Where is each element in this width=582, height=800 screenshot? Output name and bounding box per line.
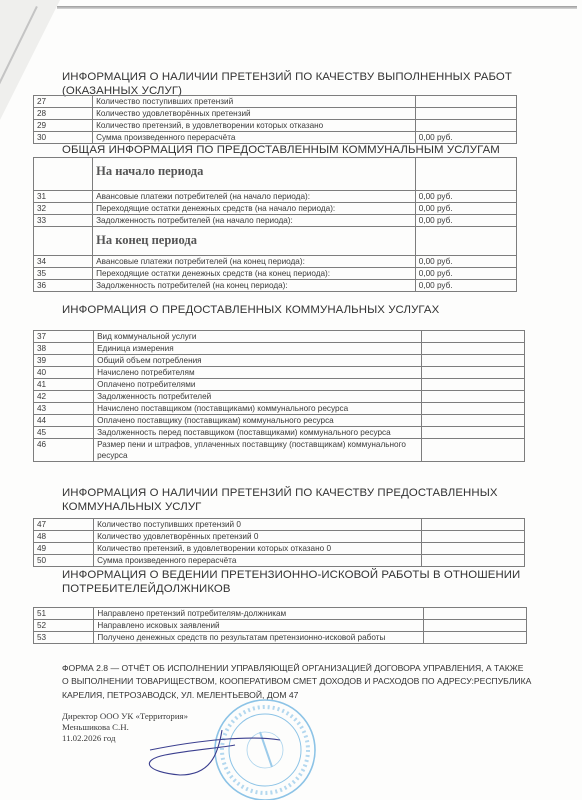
row-label: Количество удовлетворённых претензий 0 [94, 531, 422, 543]
table-row: 43Начислено поставщиком (поставщиками) к… [34, 403, 525, 415]
table-row: 30Сумма произведенного перерасчёта0,00 р… [34, 132, 517, 144]
row-num: 41 [34, 379, 94, 391]
row-label: Начислено поставщиком (поставщиками) ком… [94, 403, 422, 415]
table-row: 39Общий объем потребления [34, 355, 525, 367]
table-row: 48Количество удовлетворённых претензий 0 [34, 531, 525, 543]
row-value [422, 403, 525, 415]
row-label: Переходящие остатки денежных средств (на… [93, 203, 416, 215]
row-value: 0,00 руб. [415, 280, 516, 292]
scan-edge-top [57, 6, 577, 9]
row-num: 53 [34, 632, 94, 644]
row-num: 27 [34, 96, 93, 108]
signatory-position: Директор ООО УК «Территория» [62, 711, 188, 722]
table-row: 50Сумма произведенного перерасчёта [34, 555, 525, 567]
row-num: 52 [34, 620, 94, 632]
row-value [422, 543, 525, 555]
row-label: Количество удовлетворённых претензий [93, 108, 416, 120]
row-num: 34 [34, 256, 93, 268]
row-num: 46 [34, 439, 94, 462]
table-claims-utilities: 47Количество поступивших претензий 048Ко… [33, 518, 525, 567]
row-label: Оплачено потребителями [94, 379, 422, 391]
table-utilities: 37Вид коммунальной услуги38Единица измер… [33, 330, 525, 462]
row-num: 31 [34, 191, 93, 203]
row-value [422, 427, 525, 439]
row-label: Единица измерения [94, 343, 422, 355]
period-heading-row: На начало периода [34, 158, 517, 191]
table-row: 45Задолженность перед поставщиком (поста… [34, 427, 525, 439]
table-row: 42Задолженность потребителей [34, 391, 525, 403]
row-num: 37 [34, 331, 94, 343]
table-row: 34Авансовые платежи потребителей (на кон… [34, 256, 517, 268]
table-row: 51Направлено претензий потребителям-долж… [34, 608, 527, 620]
row-value [423, 608, 526, 620]
row-label: Задолженность потребителей (на конец пер… [93, 280, 416, 292]
row-label: Оплачено поставщику (поставщикам) коммун… [94, 415, 422, 427]
row-num: 33 [34, 215, 93, 227]
period-heading-row: На конец периода [34, 227, 517, 256]
section-title-claims-utilities: ИНФОРМАЦИЯ О НАЛИЧИИ ПРЕТЕНЗИЙ ПО КАЧЕСТ… [62, 486, 512, 514]
row-value [415, 120, 516, 132]
row-value: 0,00 руб. [415, 215, 516, 227]
row-num: 51 [34, 608, 94, 620]
row-label: Получено денежных средств по результатам… [94, 632, 423, 644]
period-heading: На конец периода [93, 227, 416, 256]
table-row: 32Переходящие остатки денежных средств (… [34, 203, 517, 215]
table-row: 52Направлено исковых заявлений [34, 620, 527, 632]
row-value: 0,00 руб. [415, 256, 516, 268]
row-label: Задолженность перед поставщиком (поставщ… [94, 427, 422, 439]
table-debtors: 51Направлено претензий потребителям-долж… [33, 607, 527, 644]
row-num: 45 [34, 427, 94, 439]
row-value [415, 108, 516, 120]
row-num: 50 [34, 555, 94, 567]
table-claims-works: 27Количество поступивших претензий28Коли… [33, 95, 517, 144]
table-row: 33Задолженность потребителей (на начало … [34, 215, 517, 227]
row-label: Общий объем потребления [94, 355, 422, 367]
row-label: Сумма произведенного перерасчёта [93, 132, 416, 144]
table-row: 36Задолженность потребителей (на конец п… [34, 280, 517, 292]
row-value [422, 415, 525, 427]
row-label: Направлено претензий потребителям-должни… [94, 608, 423, 620]
row-value [422, 379, 525, 391]
row-label: Задолженность потребителей (на начало пе… [93, 215, 416, 227]
row-value [423, 620, 526, 632]
document-page: ИНФОРМАЦИЯ О НАЛИЧИИ ПРЕТЕНЗИЙ ПО КАЧЕСТ… [0, 0, 582, 800]
row-value [422, 343, 525, 355]
row-num: 35 [34, 268, 93, 280]
row-value: 0,00 руб. [415, 191, 516, 203]
row-label: Размер пени и штрафов, уплаченных постав… [94, 439, 422, 462]
section-title-general-utilities: ОБЩАЯ ИНФОРМАЦИЯ ПО ПРЕДОСТАВЛЕННЫМ КОММ… [62, 143, 500, 157]
row-value [422, 331, 525, 343]
row-label: Авансовые платежи потребителей (на конец… [93, 256, 416, 268]
row-value [423, 632, 526, 644]
row-num: 38 [34, 343, 94, 355]
row-num: 29 [34, 120, 93, 132]
row-num: 47 [34, 519, 94, 531]
row-num: 28 [34, 108, 93, 120]
row-label: Вид коммунальной услуги [94, 331, 422, 343]
row-num: 42 [34, 391, 94, 403]
table-row: 31Авансовые платежи потребителей (на нач… [34, 191, 517, 203]
row-num: 30 [34, 132, 93, 144]
row-value: 0,00 руб. [415, 203, 516, 215]
table-general-utilities: На начало периода31Авансовые платежи пот… [33, 157, 517, 292]
table-row: 28Количество удовлетворённых претензий [34, 108, 517, 120]
row-num: 36 [34, 280, 93, 292]
period-heading: На начало периода [93, 158, 416, 191]
table-row: 46Размер пени и штрафов, уплаченных пост… [34, 439, 525, 462]
table-row: 44Оплачено поставщику (поставщикам) комм… [34, 415, 525, 427]
table-row: 53Получено денежных средств по результат… [34, 632, 527, 644]
section-title-claims-works: ИНФОРМАЦИЯ О НАЛИЧИИ ПРЕТЕНЗИЙ ПО КАЧЕСТ… [62, 70, 532, 98]
row-value: 0,00 руб. [415, 268, 516, 280]
section-title-debtors: ИНФОРМАЦИЯ О ВЕДЕНИИ ПРЕТЕНЗИОННО-ИСКОВО… [62, 568, 532, 596]
table-row: 47Количество поступивших претензий 0 [34, 519, 525, 531]
row-label: Переходящие остатки денежных средств (на… [93, 268, 416, 280]
table-row: 38Единица измерения [34, 343, 525, 355]
table-row: 40Начислено потребителям [34, 367, 525, 379]
row-label: Сумма произведенного перерасчёта [94, 555, 422, 567]
row-label: Задолженность потребителей [94, 391, 422, 403]
row-value [422, 531, 525, 543]
handwritten-signature [140, 730, 290, 790]
row-value: 0,00 руб. [415, 132, 516, 144]
section-title-utilities: ИНФОРМАЦИЯ О ПРЕДОСТАВЛЕННЫХ КОММУНАЛЬНЫ… [62, 303, 439, 317]
row-num: 39 [34, 355, 94, 367]
row-label: Количество претензий, в удовлетворении к… [93, 120, 416, 132]
row-value [422, 555, 525, 567]
row-num: 40 [34, 367, 94, 379]
table-row: 41Оплачено потребителями [34, 379, 525, 391]
table-row: 37Вид коммунальной услуги [34, 331, 525, 343]
row-label: Начислено потребителям [94, 367, 422, 379]
row-value [422, 367, 525, 379]
row-num: 48 [34, 531, 94, 543]
row-value [422, 355, 525, 367]
row-value [422, 519, 525, 531]
row-num: 44 [34, 415, 94, 427]
row-label: Количество претензий, в удовлетворении к… [94, 543, 422, 555]
row-label: Количество поступивших претензий [93, 96, 416, 108]
table-row: 49Количество претензий, в удовлетворении… [34, 543, 525, 555]
table-row: 27Количество поступивших претензий [34, 96, 517, 108]
row-label: Количество поступивших претензий 0 [94, 519, 422, 531]
row-num: 32 [34, 203, 93, 215]
row-num: 49 [34, 543, 94, 555]
row-value [422, 391, 525, 403]
row-value [415, 96, 516, 108]
row-value [422, 439, 525, 462]
table-row: 35Переходящие остатки денежных средств (… [34, 268, 517, 280]
row-num: 43 [34, 403, 94, 415]
row-label: Направлено исковых заявлений [94, 620, 423, 632]
row-label: Авансовые платежи потребителей (на начал… [93, 191, 416, 203]
table-row: 29Количество претензий, в удовлетворении… [34, 120, 517, 132]
